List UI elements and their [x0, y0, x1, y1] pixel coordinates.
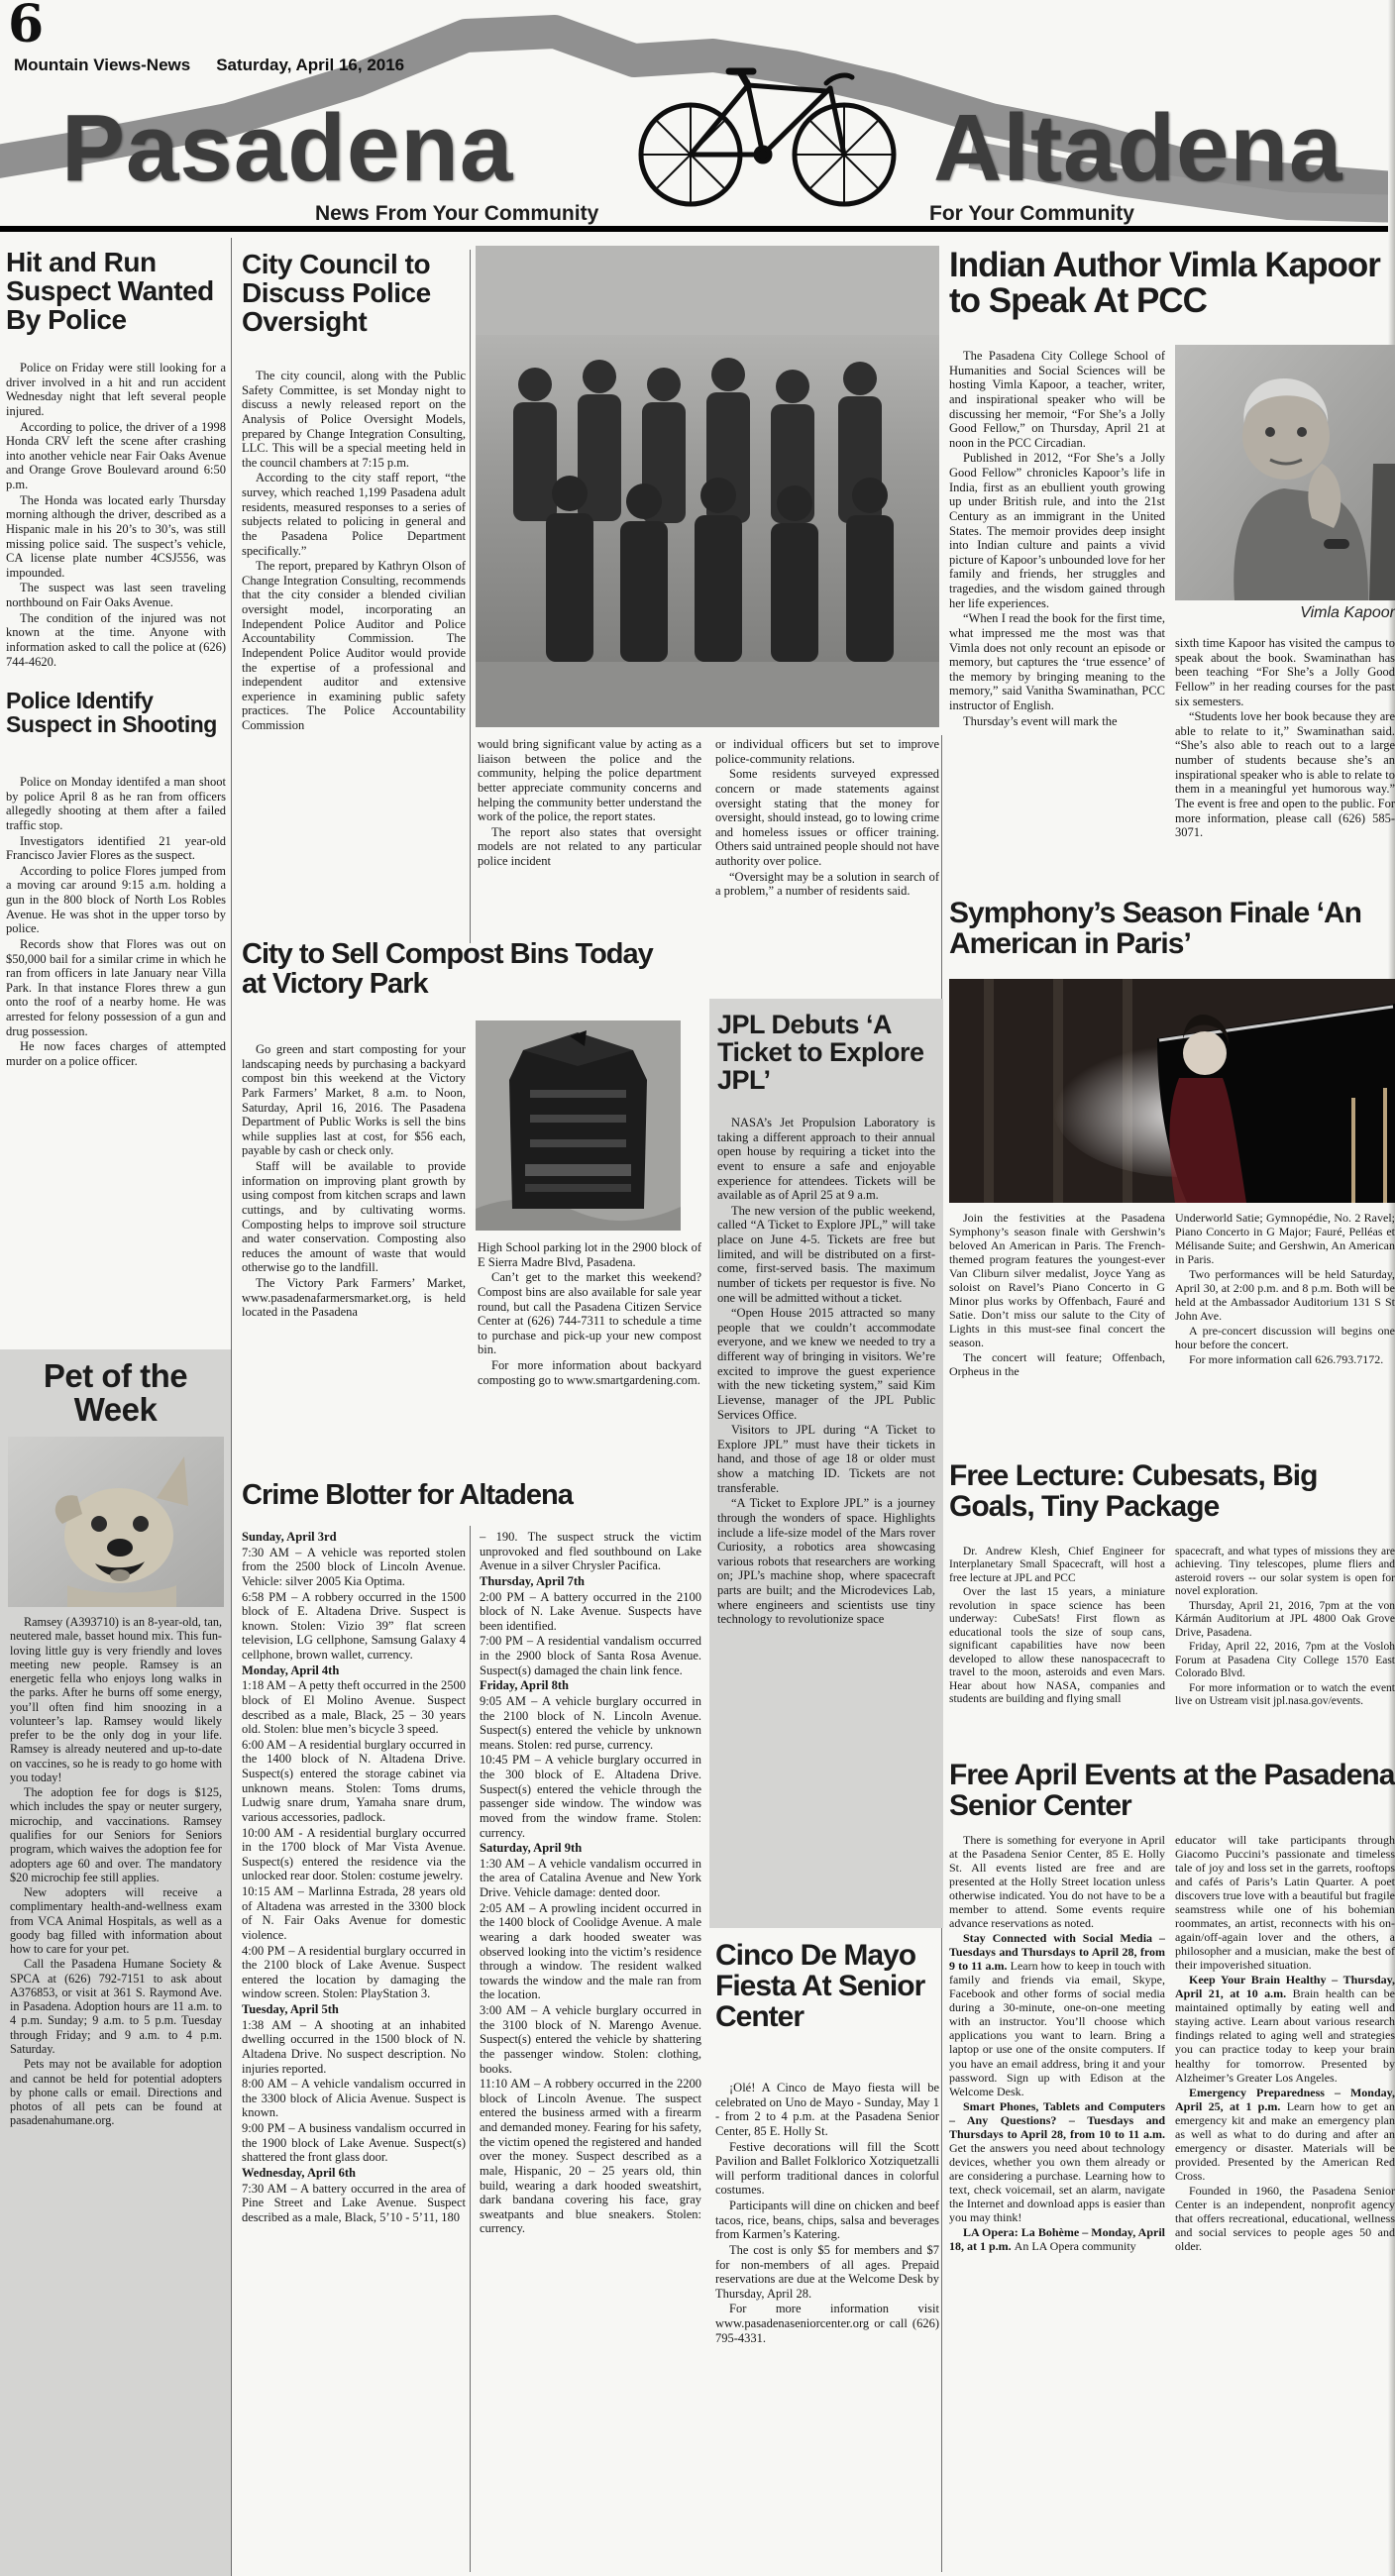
- paper-date-line: Mountain Views-NewsSaturday, April 16, 2…: [14, 55, 430, 75]
- header-rule: [0, 226, 1395, 232]
- headline-symphony: Symphony’s Season Finale ‘An American in…: [949, 898, 1395, 959]
- police-group-photo: [476, 246, 939, 727]
- column-rule: [470, 1526, 471, 2572]
- pet-of-week-box: Pet of the Week Ramsey (A393710) is an 8…: [0, 1349, 231, 2576]
- headline-city-council: City Council to Discuss Police Oversight: [242, 250, 466, 336]
- column-rule: [470, 250, 471, 943]
- headline-pet-of-week: Pet of the Week: [4, 1359, 227, 1428]
- headline-crime-blotter: Crime Blotter for Altadena: [242, 1480, 690, 1510]
- article-body-symphony-2: Underworld Satie; Gymnopédie, No. 2 Rave…: [1175, 1211, 1395, 1452]
- article-body-pet: Ramsey (A393710) is an 8-year-old, tan, …: [10, 1615, 222, 2560]
- tagline-right: For Your Community: [929, 202, 1134, 226]
- article-body-lecture-1: Dr. Andrew Klesh, Chief Engineer for Int…: [949, 1546, 1165, 1756]
- headline-cinco: Cinco De Mayo Fiesta At Senior Center: [715, 1940, 939, 2033]
- article-body-cinco: ¡Olé! A Cinco de Mayo fiesta will be cel…: [715, 2081, 939, 2566]
- newspaper-page: Pasadena Altadena News From Your Communi: [0, 0, 1395, 2576]
- masthead-title-pasadena: Pasadena: [61, 101, 513, 196]
- headline-jpl: JPL Debuts ‘A Ticket to Explore JPL’: [717, 1011, 935, 1094]
- article-body-crime-2: – 190. The suspect struck the victim unp…: [480, 1530, 701, 2572]
- article-body-police-identify: Police on Monday identifed a man shoot b…: [6, 775, 226, 1343]
- article-body-symphony-1: Join the festivities at the Pasadena Sym…: [949, 1211, 1165, 1452]
- paper-date: Saturday, April 16, 2016: [216, 55, 404, 74]
- page-number: 6: [8, 0, 44, 54]
- jpl-article-box: JPL Debuts ‘A Ticket to Explore JPL’ NAS…: [709, 999, 943, 1928]
- headline-compost: City to Sell Compost Bins Today at Victo…: [242, 939, 678, 999]
- headline-lecture: Free Lecture: Cubesats, Big Goals, Tiny …: [949, 1460, 1395, 1522]
- vimla-photo-caption: Vimla Kapoor: [1175, 604, 1395, 622]
- headline-police-identify: Police Identify Suspect in Shooting: [6, 690, 226, 737]
- tagline-left: News From Your Community: [315, 202, 598, 226]
- column-rule: [231, 238, 232, 2576]
- masthead: Pasadena Altadena News From Your Communi: [0, 6, 1395, 224]
- paper-name: Mountain Views-News: [14, 55, 190, 74]
- article-body-city-council-1: The city council, along with the Public …: [242, 369, 466, 947]
- article-body-lecture-2: spacecraft, and what types of missions t…: [1175, 1546, 1395, 1756]
- article-body-events-1: There is something for everyone in April…: [949, 1833, 1165, 2568]
- headline-vimla: Indian Author Vimla Kapoor to Speak At P…: [949, 248, 1395, 320]
- headline-events: Free April Events at the Pasadena Senior…: [949, 1760, 1395, 1821]
- article-body-hit-run: Police on Friday were still looking for …: [6, 361, 226, 680]
- dog-photo: [8, 1437, 224, 1607]
- article-body-crime-1: Sunday, April 3rd7:30 AM – A vehicle was…: [242, 1530, 466, 2572]
- article-body-jpl: NASA’s Jet Propulsion Laboratory is taki…: [717, 1116, 935, 1916]
- vimla-kapoor-photo: [1175, 345, 1395, 600]
- article-body-compost-1: Go green and start composting for your l…: [242, 1042, 466, 1470]
- masthead-title-altadena: Altadena: [933, 101, 1342, 196]
- article-body-events-2: educator will take participants through …: [1175, 1833, 1395, 2568]
- headline-hit-run: Hit and Run Suspect Wanted By Police: [6, 248, 226, 334]
- article-body-city-council-2: would bring significant value by acting …: [478, 737, 701, 939]
- article-body-city-council-3: or individual officers but set to improv…: [715, 737, 939, 993]
- article-body-compost-2: High School parking lot in the 2900 bloc…: [478, 1240, 701, 1470]
- piano-concert-photo: [949, 979, 1395, 1203]
- bicycle-icon: [606, 34, 923, 217]
- compost-bin-photo: [476, 1020, 681, 1231]
